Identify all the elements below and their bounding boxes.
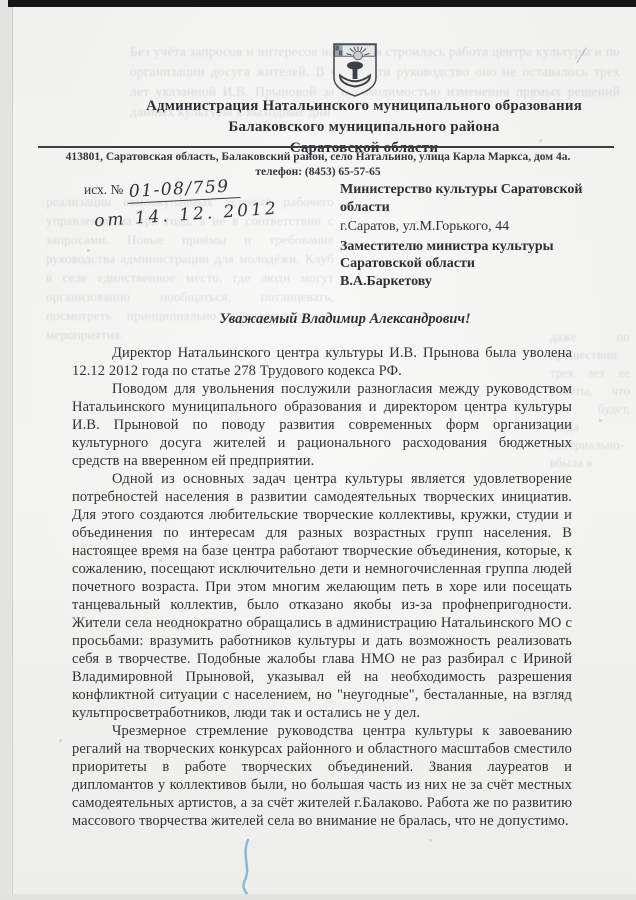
outgoing-ref-line: исх. № 01-08/759 (84, 179, 324, 201)
paragraph: Чрезмерное стремление руководства центра… (72, 722, 572, 830)
letterhead-divider-rule (38, 146, 614, 148)
letter-body: Директор Натальинского центра культуры И… (72, 344, 572, 830)
blue-pen-mark (234, 838, 264, 896)
salutation: Уважаемый Владимир Александрович! (72, 311, 572, 328)
blue-pen-stroke (243, 840, 248, 894)
recipient-position: Заместителю министра культуры Саратовско… (340, 238, 604, 273)
address-line: 413801, Саратовская область, Балаковский… (30, 150, 606, 165)
coat-of-arms-icon (331, 41, 379, 99)
paragraph: Директор Натальинского центра культуры И… (72, 344, 572, 380)
scan-edge-left (0, 0, 13, 900)
recipient-person: В.А.Баркетову (340, 273, 604, 291)
recipient-address: г.Саратов, ул.М.Горького, 44 (340, 218, 604, 236)
recipient-organization: Министерство культуры Саратовской област… (340, 181, 604, 216)
org-name-line-2: Балаковского муниципального района (104, 117, 624, 138)
recipient-block: Министерство культуры Саратовской област… (340, 181, 604, 290)
paragraph: Поводом для увольнения послужили разногл… (72, 380, 572, 470)
scan-edge-top (8, 0, 636, 7)
scan-edge-bottom (0, 894, 636, 900)
org-name-line-1: Администрация Натальинского муниципально… (104, 96, 624, 117)
outgoing-ref-label: исх. № (84, 182, 123, 197)
phone-line: телефон: (8453) 65-57-65 (30, 165, 606, 180)
outgoing-ref-number-handwritten: 01-08/759 (127, 176, 241, 204)
paragraph: Одной из основных задач центра культуры … (72, 470, 572, 722)
outgoing-reference-block: исх. № 01-08/759 от 14. 12. 2012 (84, 179, 324, 225)
letterhead-contacts: 413801, Саратовская область, Балаковский… (30, 150, 606, 180)
scanned-letter-page: Без учёта запросов и интересов населения… (0, 0, 636, 900)
